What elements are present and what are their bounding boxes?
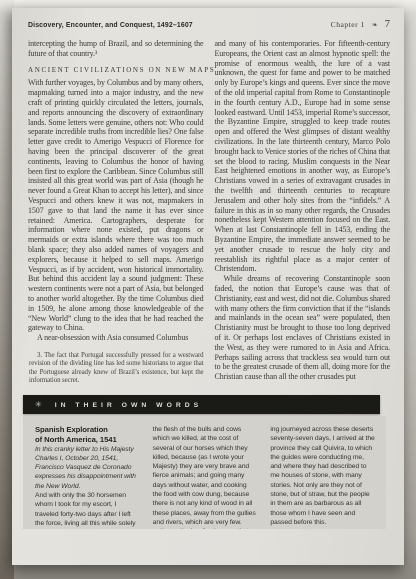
text-column-right: and many of his contemporaries. For fift… [215,39,391,391]
banner-title: IN THEIR OWN WORDS [55,401,203,409]
source-title-line2: of North America, 1541 [35,435,140,445]
body-paragraph: intercepting the hump of Brazil, and so … [28,39,204,59]
source-column-3: ing journeyed across these deserts seven… [270,425,375,521]
source-paragraph: the flesh of the bulls and cows which we… [153,425,258,527]
chapter-label: Chapter 1 [331,20,365,29]
body-paragraph: While dreams of recovering Constantinopl… [215,274,391,382]
book-photo-background: Discovery, Encounter, and Conquest, 1492… [0,0,416,579]
source-column-1: Spanish Exploration of North America, 15… [35,425,140,521]
running-head: Discovery, Encounter, and Conquest, 1492… [28,19,390,30]
primary-source-box: Spanish Exploration of North America, 15… [23,416,386,529]
rosette-icon: ✳ [35,401,42,409]
source-paragraph: It was the Lord’s pleasure that, after h… [153,527,258,529]
body-paragraph: A near-obsession with Asia consumed Colu… [28,333,204,343]
body-paragraph: and many of his contemporaries. For fift… [215,39,391,274]
fleuron-icon: ❧ [372,21,378,29]
source-intro: In this cranky letter to His Majesty Cha… [35,445,140,491]
running-head-title: Discovery, Encounter, and Conquest, 1492… [28,22,193,29]
body-paragraph: With further voyages, by Columbus and by… [28,78,204,333]
in-their-own-words-banner: ✳ IN THEIR OWN WORDS [23,395,380,414]
footnote: 3. The fact that Portugal successfully p… [28,352,204,386]
book-page: Discovery, Encounter, and Conquest, 1492… [12,8,404,565]
page-content: Discovery, Encounter, and Conquest, 1492… [12,8,404,554]
running-head-chapter: Chapter 1 ❧ 7 [331,19,390,30]
section-heading: ANCIENT CIVILIZATIONS ON NEW MAPS [28,66,204,76]
text-column-left: intercepting the hump of Brazil, and so … [28,39,204,391]
source-paragraph: ing journeyed across these deserts seven… [270,425,375,527]
source-paragraph: And with only the 30 horsemen whom I too… [35,491,140,529]
page-number: 7 [385,19,390,30]
two-column-body: intercepting the hump of Brazil, and so … [28,39,390,391]
source-column-2: the flesh of the bulls and cows which we… [153,425,258,521]
footnote-text: 3. The fact that Portugal successfully p… [29,352,204,386]
source-title-line1: Spanish Exploration [35,425,140,435]
